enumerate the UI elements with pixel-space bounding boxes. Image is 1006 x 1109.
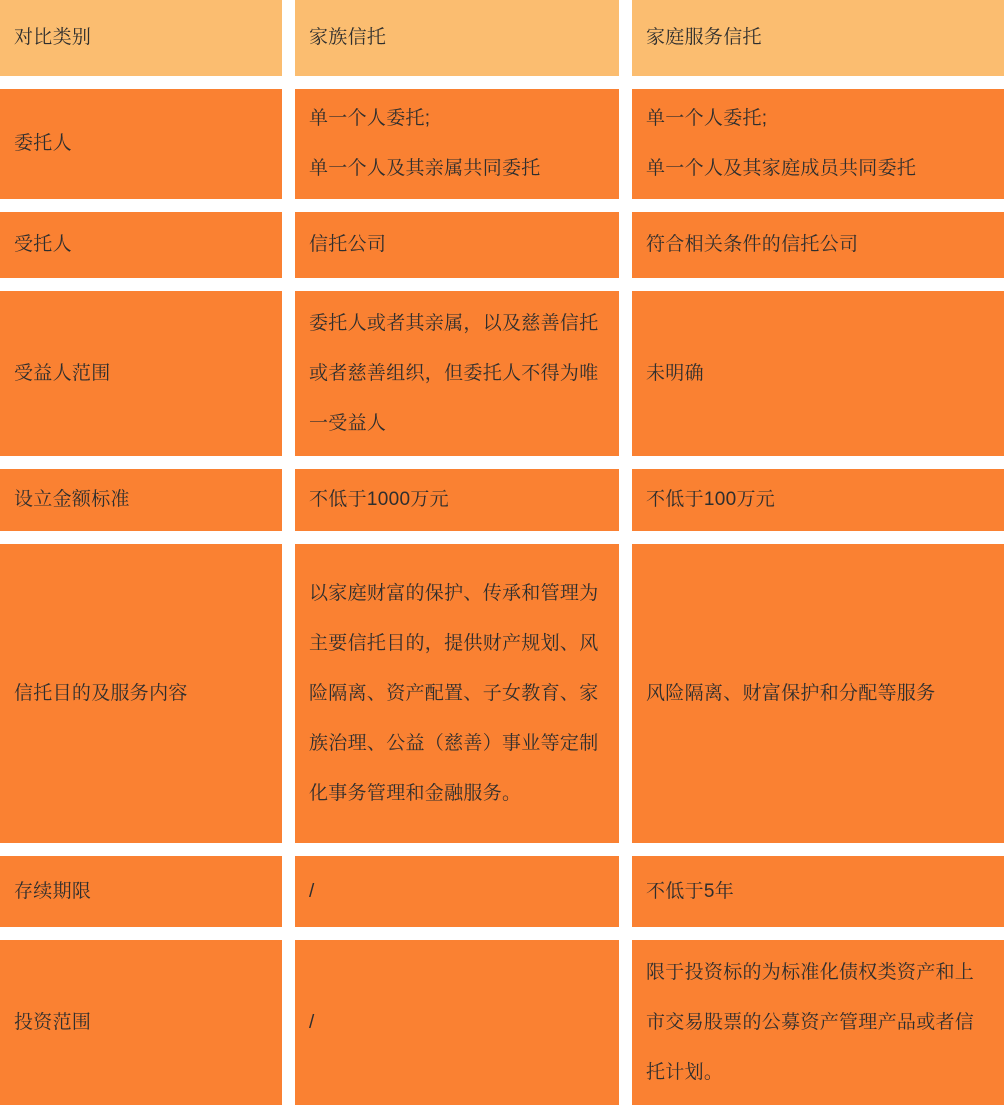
row-duration-category: 存续期限 — [0, 856, 282, 927]
row-purpose-family-service-trust: 风险隔离、财富保护和分配等服务 — [632, 544, 1004, 843]
header-cell-family-service-trust: 家庭服务信托 — [632, 0, 1004, 76]
row-trustee-family-trust: 信托公司 — [295, 212, 619, 278]
row-trustee-category: 受托人 — [0, 212, 282, 278]
row-investment-scope-category: 投资范围 — [0, 940, 282, 1105]
row-investment-scope-family-trust: / — [295, 940, 619, 1105]
row-minimum-amount-family-service-trust: 不低于100万元 — [632, 469, 1004, 531]
row-purpose-category: 信托目的及服务内容 — [0, 544, 282, 843]
row-duration-family-trust: / — [295, 856, 619, 927]
header-cell-family-trust: 家族信托 — [295, 0, 619, 76]
header-cell-category: 对比类别 — [0, 0, 282, 76]
row-purpose-family-trust: 以家庭财富的保护、传承和管理为主要信托目的，提供财产规划、风险隔离、资产配置、子… — [295, 544, 619, 843]
row-minimum-amount-family-trust: 不低于1000万元 — [295, 469, 619, 531]
row-minimum-amount-category: 设立金额标准 — [0, 469, 282, 531]
row-investment-scope-family-service-trust: 限于投资标的为标准化债权类资产和上市交易股票的公募资产管理产品或者信托计划。 — [632, 940, 1004, 1105]
row-settlor-family-service-trust: 单一个人委托; 单一个人及其家庭成员共同委托 — [632, 89, 1004, 199]
row-duration-family-service-trust: 不低于5年 — [632, 856, 1004, 927]
row-settlor-category: 委托人 — [0, 89, 282, 199]
row-trustee-family-service-trust: 符合相关条件的信托公司 — [632, 212, 1004, 278]
row-beneficiary-category: 受益人范围 — [0, 291, 282, 456]
row-settlor-family-trust: 单一个人委托; 单一个人及其亲属共同委托 — [295, 89, 619, 199]
row-beneficiary-family-trust: 委托人或者其亲属，以及慈善信托或者慈善组织，但委托人不得为唯一受益人 — [295, 291, 619, 456]
comparison-table: 对比类别 家族信托 家庭服务信托 委托人 单一个人委托; 单一个人及其亲属共同委… — [0, 0, 1006, 1105]
row-beneficiary-family-service-trust: 未明确 — [632, 291, 1004, 456]
